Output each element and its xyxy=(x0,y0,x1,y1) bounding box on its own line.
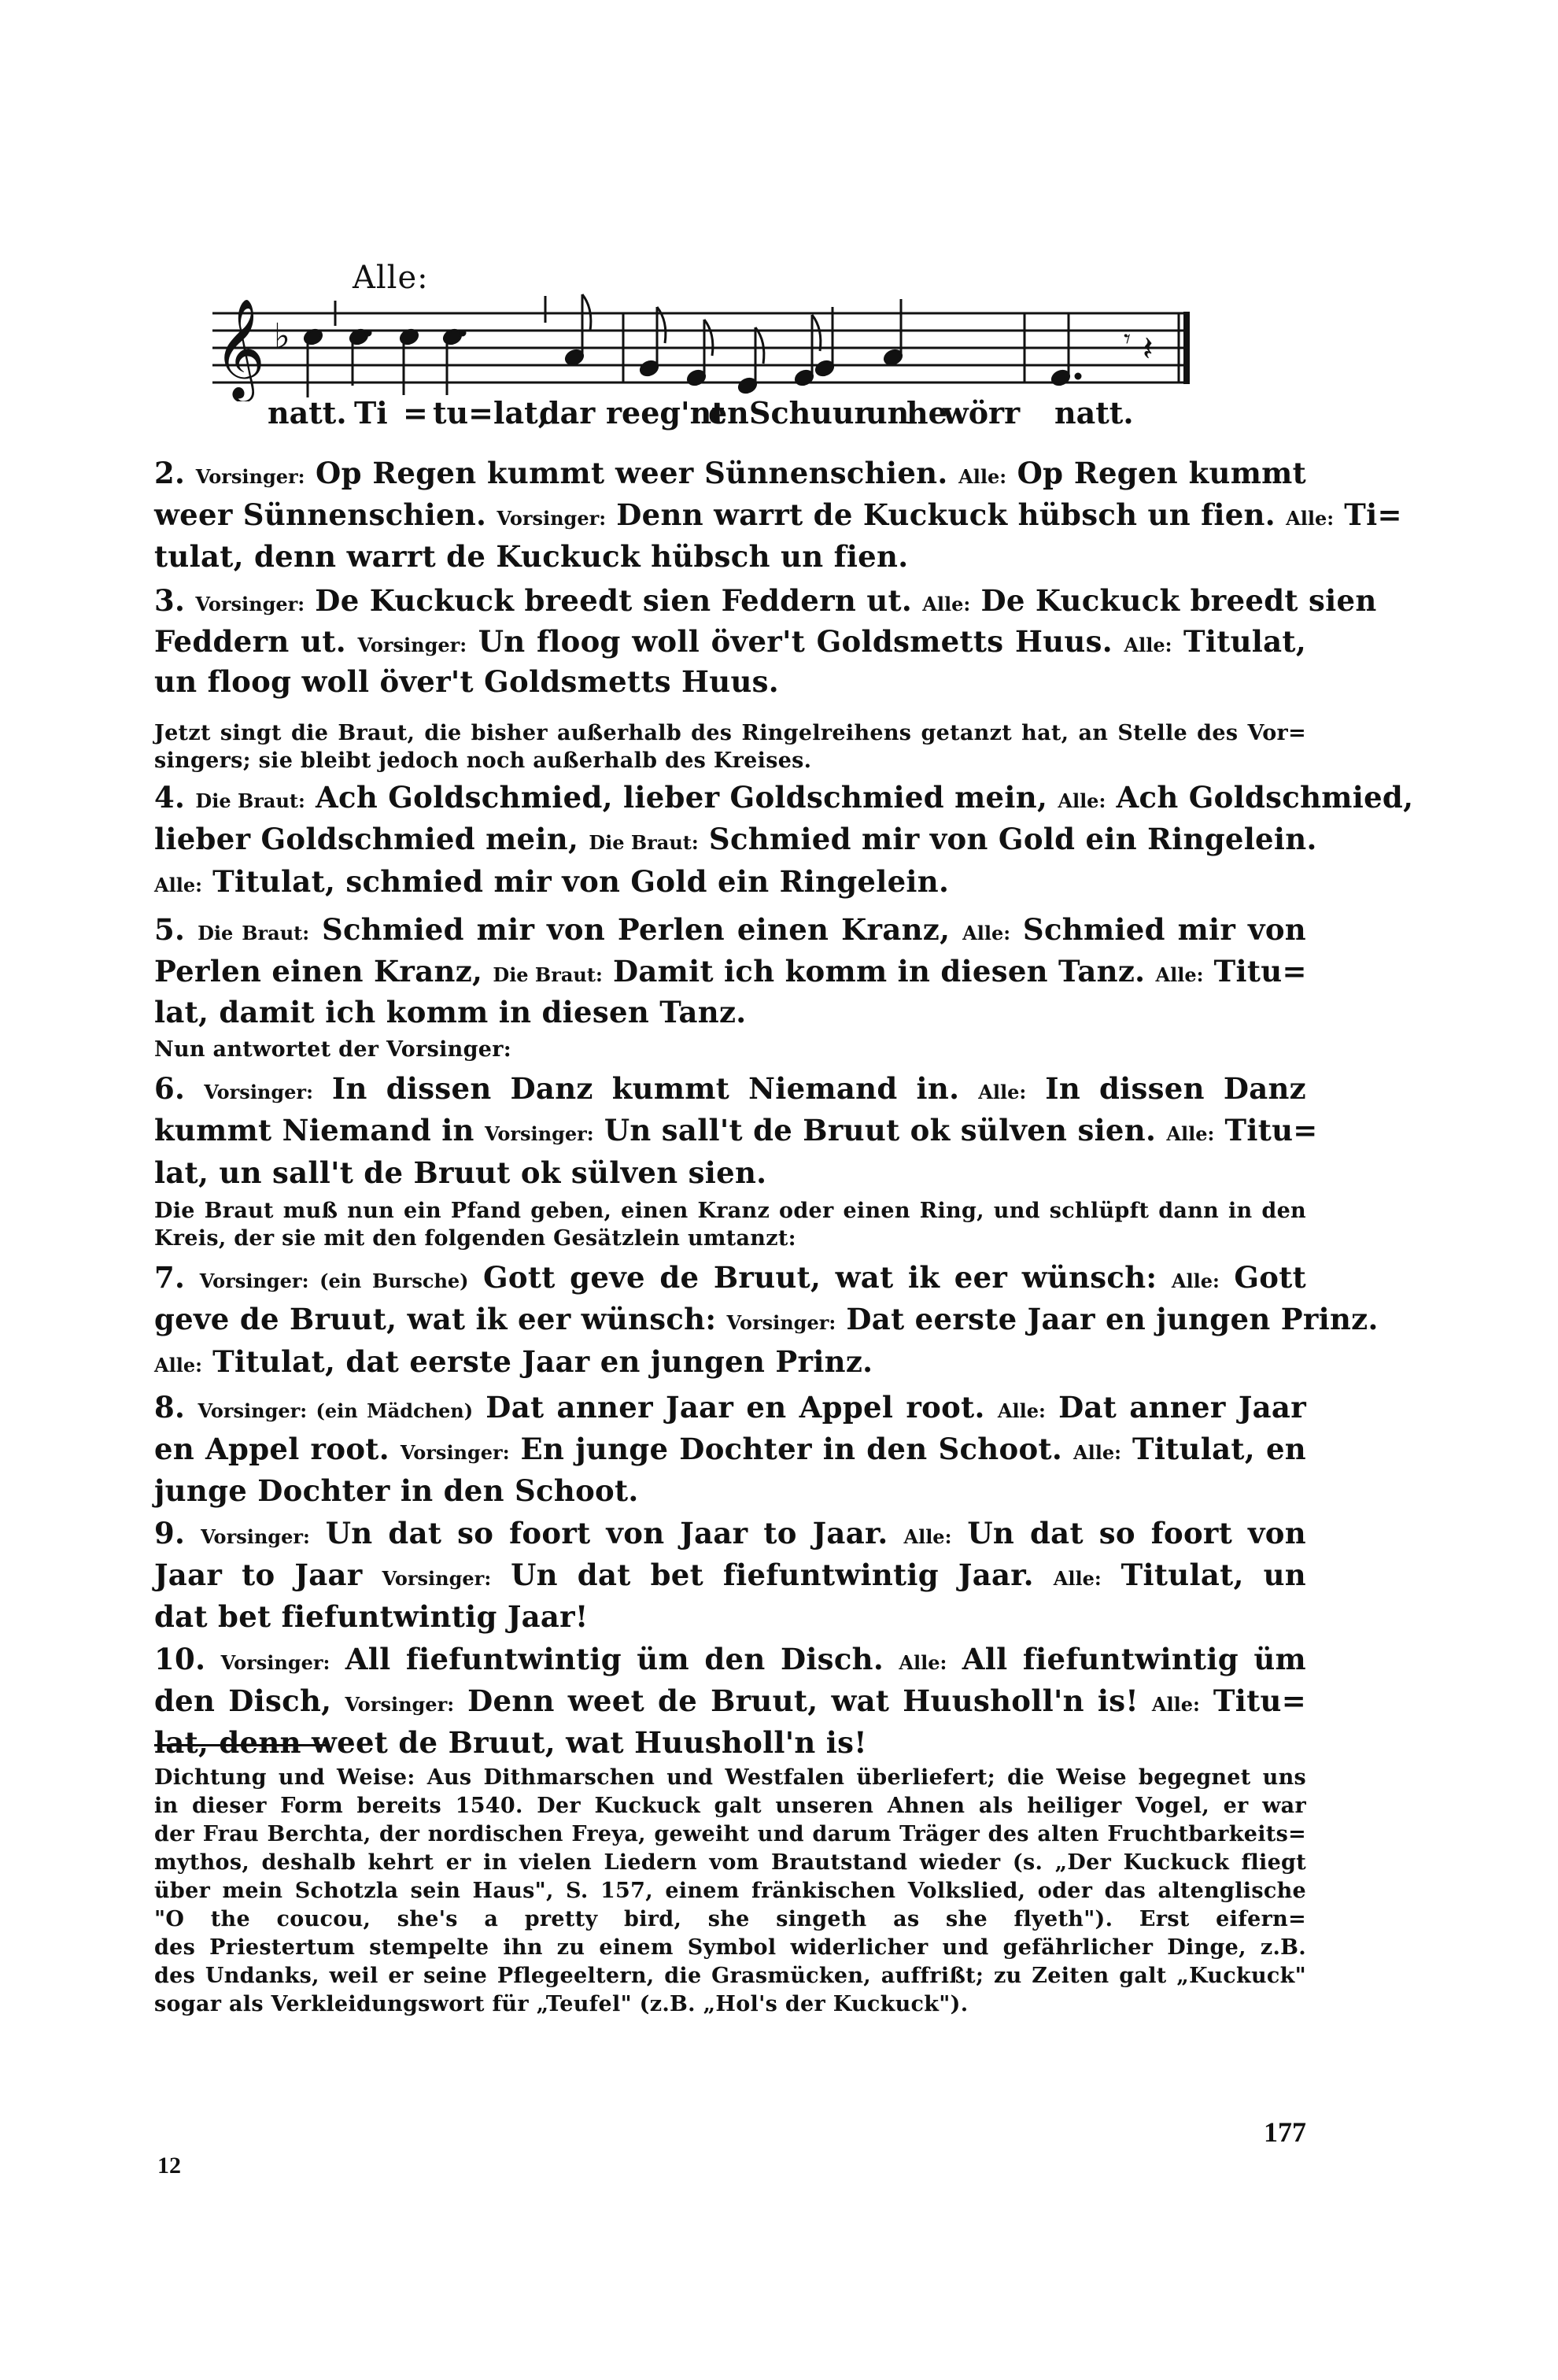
stage-direction: singers; sie bleibt jedoch noch außerhal… xyxy=(154,750,811,771)
role-label: Vorsinger: xyxy=(196,465,305,488)
verse-text: De Kuckuck breedt sien Feddern ut. xyxy=(305,583,922,618)
verse-6-line-3: lat, un sall't de Bruut ok sülven sien. xyxy=(154,1159,766,1188)
music-staff: 𝄞 ♭ 𝄾 𝄽 Alle: na xyxy=(212,260,1361,449)
role-label: Vorsinger: xyxy=(485,1122,594,1145)
verse-text: lat, damit ich komm in diesen Tanz. xyxy=(154,995,747,1029)
role-label: Vorsinger: xyxy=(221,1651,330,1674)
role-label: Vorsinger: (ein Bursche) xyxy=(200,1269,469,1292)
verse-number: 4. xyxy=(154,780,185,815)
role-label: Vorsinger: xyxy=(401,1441,510,1464)
verse-4-line-1: 4. Die Braut: Ach Goldschmied, lieber Go… xyxy=(154,783,1306,812)
verse-5-line-2: Perlen einen Kranz, Die Braut: Damit ich… xyxy=(154,957,1306,986)
verse-text: Denn weet de Bruut, wat Huusholl'n is! xyxy=(454,1683,1152,1718)
verse-8-line-1: 8. Vorsinger: (ein Mädchen) Dat anner Ja… xyxy=(154,1393,1306,1422)
verse-7-line-2: geve de Bruut, wat ik eer wünsch: Vorsin… xyxy=(154,1305,1306,1334)
verse-3-line-3: un floog woll över't Goldsmetts Huus. xyxy=(154,667,779,697)
footnote-line: in dieser Form bereits 1540. Der Kuckuck… xyxy=(154,1795,1306,1816)
treble-clef-icon: 𝄞 xyxy=(214,297,265,401)
verse-5-line-3: lat, damit ich komm in diesen Tanz. xyxy=(154,998,747,1027)
verse-7-line-1: 7. Vorsinger: (ein Bursche) Gott geve de… xyxy=(154,1263,1306,1292)
verse-text: Dat anner Jaar xyxy=(1046,1390,1306,1425)
verse-3-line-2: Feddern ut. Vorsinger: Un floog woll öve… xyxy=(154,627,1306,656)
role-label: Alle: xyxy=(1166,1122,1214,1145)
verse-text: In dissen Danz kummt Niemand in. xyxy=(313,1071,978,1106)
verse-text: Schmied mir von Perlen einen Kranz, xyxy=(309,912,962,947)
verse-text: All fiefuntwintig üm xyxy=(947,1642,1306,1676)
lyric-syllable: natt. xyxy=(1054,395,1134,431)
role-label: Alle: xyxy=(962,922,1010,944)
verse-text: In dissen Danz xyxy=(1026,1071,1306,1106)
verse-number: 10. xyxy=(154,1642,205,1676)
stage-direction: Jetzt singt die Braut, die bisher außerh… xyxy=(154,722,1306,744)
lyric-syllable: Ti = xyxy=(354,395,428,431)
verse-text: Titu= xyxy=(1203,954,1306,989)
role-label: Alle: xyxy=(1286,507,1334,530)
verse-number: 6. xyxy=(154,1071,185,1106)
verse-text: Titulat, schmied mir von Gold ein Ringel… xyxy=(202,864,949,899)
verse-text: lieber Goldschmied mein, xyxy=(154,822,589,856)
verse-number: 5. xyxy=(154,912,185,947)
lyric-syllable: un xyxy=(866,395,909,431)
verse-text: den Disch, xyxy=(154,1683,345,1718)
verse-text: Un floog woll över't Goldsmetts Huus. xyxy=(467,624,1124,659)
verse-text: Ach Goldschmied, lieber Goldschmied mein… xyxy=(305,780,1058,815)
footnote-line: "O the coucou, she's a pretty bird, she … xyxy=(154,1909,1306,1930)
role-label: Alle: xyxy=(1054,1567,1102,1590)
stage-direction: Die Braut muß nun ein Pfand geben, einen… xyxy=(154,1200,1306,1221)
role-label: Vorsinger: (ein Mädchen) xyxy=(198,1399,473,1422)
role-label: Die Braut: xyxy=(493,963,602,986)
verse-number: 3. xyxy=(154,583,185,618)
lyric-syllable: wörr xyxy=(943,395,1020,431)
role-label: Vorsinger: xyxy=(357,634,467,656)
footnote-line: Dichtung und Weise: Aus Dithmarschen und… xyxy=(154,1767,1306,1788)
verse-10-line-1: 10. Vorsinger: All fiefuntwintig üm den … xyxy=(154,1645,1306,1674)
role-label: Die Braut: xyxy=(198,922,309,944)
verse-text: Un sall't de Bruut ok sülven sien. xyxy=(594,1113,1167,1147)
role-label: Alle: xyxy=(978,1081,1026,1103)
lyric-syllable: dar xyxy=(539,395,595,431)
verse-text: Titulat, dat eerste Jaar en jungen Prinz… xyxy=(202,1344,873,1379)
page-number: 177 xyxy=(1264,2116,1306,2149)
verse-text: Titulat, un xyxy=(1102,1558,1306,1592)
role-label: Alle: xyxy=(154,1354,202,1377)
footnote-line: des Undanks, weil er seine Pflegeeltern,… xyxy=(154,1965,1306,1986)
verse-text: Un dat so foort von xyxy=(951,1516,1306,1550)
verse-text: Denn warrt de Kuckuck hübsch un fien. xyxy=(606,497,1286,532)
verse-text: tulat, denn warrt de Kuckuck hübsch un f… xyxy=(154,539,908,574)
verse-number: 8. xyxy=(154,1390,185,1425)
footnote-line: mythos, deshalb kehrt er in vielen Liede… xyxy=(154,1852,1306,1873)
verse-number: 9. xyxy=(154,1516,185,1550)
role-label: Alle: xyxy=(998,1399,1046,1422)
verse-3-line-1: 3. Vorsinger: De Kuckuck breedt sien Fed… xyxy=(154,586,1306,615)
verse-text: Titu= xyxy=(1200,1683,1306,1718)
verse-8-line-3: junge Dochter in den Schoot. xyxy=(154,1476,639,1506)
verse-text: Dat anner Jaar en Appel root. xyxy=(473,1390,998,1425)
role-label: Alle: xyxy=(1058,789,1106,812)
role-label: Alle: xyxy=(903,1525,951,1548)
verse-text: geve de Bruut, wat ik eer wünsch: xyxy=(154,1302,727,1336)
verse-text: Schmied mir von xyxy=(1010,912,1306,947)
role-label: Die Braut: xyxy=(589,831,698,854)
verse-text: Titulat, en xyxy=(1121,1432,1306,1466)
verse-text: Un dat so foort von Jaar to Jaar. xyxy=(310,1516,904,1550)
lyric-syllable: tu=lat, xyxy=(433,395,548,431)
verse-9-line-1: 9. Vorsinger: Un dat so foort von Jaar t… xyxy=(154,1519,1306,1548)
verse-text: un floog woll över't Goldsmetts Huus. xyxy=(154,664,779,699)
verse-text: Jaar to Jaar xyxy=(154,1558,382,1592)
verse-text: Titulat, xyxy=(1172,624,1306,659)
verse-4-line-2: lieber Goldschmied mein, Die Braut: Schm… xyxy=(154,825,1306,854)
verse-text: Op Regen kummt xyxy=(1006,456,1306,490)
verse-9-line-2: Jaar to Jaar Vorsinger: Un dat bet fiefu… xyxy=(154,1561,1306,1590)
alle-label: Alle: xyxy=(353,260,429,296)
verse-text: Op Regen kummt weer Sünnenschien. xyxy=(305,456,959,490)
role-label: Alle: xyxy=(1152,1693,1200,1716)
verse-2-line-1: 2. Vorsinger: Op Regen kummt weer Sünnen… xyxy=(154,459,1306,488)
verse-text: Gott geve de Bruut, wat ik eer wünsch: xyxy=(469,1260,1172,1295)
verse-5-line-1: 5. Die Braut: Schmied mir von Perlen ein… xyxy=(154,915,1306,944)
verse-10-line-2: den Disch, Vorsinger: Denn weet de Bruut… xyxy=(154,1687,1306,1716)
verse-text: En junge Dochter in den Schoot. xyxy=(510,1432,1073,1466)
stage-direction: Nun antwortet der Vorsinger: xyxy=(154,1039,511,1060)
verse-2-line-3: tulat, denn warrt de Kuckuck hübsch un f… xyxy=(154,542,908,571)
verse-10-line-3: lat, denn weet de Bruut, wat Huusholl'n … xyxy=(154,1728,867,1757)
verse-text: Perlen einen Kranz, xyxy=(154,954,493,989)
lyric-syllable: natt. xyxy=(268,395,347,431)
verse-9-line-3: dat bet fiefuntwintig Jaar! xyxy=(154,1602,589,1632)
stage-direction: Kreis, der sie mit den folgenden Gesätzl… xyxy=(154,1228,796,1249)
verse-text: dat bet fiefuntwintig Jaar! xyxy=(154,1599,589,1634)
role-label: Alle: xyxy=(922,593,970,615)
verse-text: Damit ich komm in diesen Tanz. xyxy=(603,954,1156,989)
lyric-syllable: Schuur xyxy=(749,395,869,431)
verse-text: Dat eerste Jaar en jungen Prinz. xyxy=(836,1302,1378,1336)
footnote-line: des Priestertum stempelte ihn zu einem S… xyxy=(154,1937,1306,1958)
verse-text: junge Dochter in den Schoot. xyxy=(154,1473,639,1508)
verse-text: lat, un sall't de Bruut ok sülven sien. xyxy=(154,1155,766,1190)
eighth-rest-icon: 𝄾 xyxy=(1124,323,1131,355)
verse-text: Un dat bet fiefuntwintig Jaar. xyxy=(491,1558,1054,1592)
verse-7-line-3: Alle: Titulat, dat eerste Jaar en jungen… xyxy=(154,1347,873,1377)
footnote-line: der Frau Berchta, der nordischen Freya, … xyxy=(154,1824,1306,1845)
book-page: 𝄞 ♭ 𝄾 𝄽 Alle: na xyxy=(0,0,1558,2380)
verse-text: Gott xyxy=(1220,1260,1306,1295)
verse-text: lat, denn weet de Bruut, wat Huusholl'n … xyxy=(154,1725,867,1760)
role-label: Die Braut: xyxy=(195,789,305,812)
role-label: Alle: xyxy=(1073,1441,1121,1464)
footnote-line: über mein Schotzla sein Haus", S. 157, e… xyxy=(154,1880,1306,1901)
verse-text: Titu= xyxy=(1214,1113,1317,1147)
verse-6-line-2: kummt Niemand in Vorsinger: Un sall't de… xyxy=(154,1116,1306,1145)
verse-8-line-2: en Appel root. Vorsinger: En junge Docht… xyxy=(154,1435,1306,1464)
verse-text: kummt Niemand in xyxy=(154,1113,485,1147)
signature-mark: 12 xyxy=(157,2153,181,2179)
flat-icon: ♭ xyxy=(274,316,290,357)
footnote-line: sogar als Verkleidungswort für „Teufel" … xyxy=(154,1994,968,2015)
role-label: Alle: xyxy=(1124,634,1172,656)
role-label: Vorsinger: xyxy=(345,1693,454,1716)
lyric-syllable: en xyxy=(708,395,749,431)
role-label: Alle: xyxy=(154,874,202,896)
verse-number: 7. xyxy=(154,1260,185,1295)
role-label: Vorsinger: xyxy=(201,1525,310,1548)
verse-2-line-2: weer Sünnenschien. Vorsinger: Denn warrt… xyxy=(154,501,1306,530)
role-label: Alle: xyxy=(899,1651,947,1674)
role-label: Alle: xyxy=(1156,963,1204,986)
role-label: Vorsinger: xyxy=(204,1081,313,1103)
role-label: Vorsinger: xyxy=(195,593,305,615)
verse-text: Ach Goldschmied, xyxy=(1106,780,1413,815)
lyric-syllable: reeg'nt xyxy=(606,395,725,431)
role-label: Vorsinger: xyxy=(727,1311,836,1334)
verse-text: weer Sünnenschien. xyxy=(154,497,497,532)
verse-text: Ti= xyxy=(1334,497,1402,532)
verse-text: en Appel root. xyxy=(154,1432,401,1466)
verse-number: 2. xyxy=(154,456,185,490)
role-label: Vorsinger: xyxy=(382,1567,491,1590)
verse-6-line-1: 6. Vorsinger: In dissen Danz kummt Niema… xyxy=(154,1074,1306,1103)
quarter-rest-icon: 𝄽 xyxy=(1143,329,1153,369)
verse-text: De Kuckuck breedt sien xyxy=(970,583,1376,618)
lyric-syllable: he xyxy=(906,395,947,431)
role-label: Alle: xyxy=(958,465,1006,488)
verse-text: Feddern ut. xyxy=(154,624,357,659)
verse-4-line-3: Alle: Titulat, schmied mir von Gold ein … xyxy=(154,867,949,896)
section-divider xyxy=(154,1744,326,1746)
role-label: Alle: xyxy=(1172,1269,1220,1292)
role-label: Vorsinger: xyxy=(497,507,606,530)
verse-text: Schmied mir von Gold ein Ringelein. xyxy=(699,822,1317,856)
verse-text: All fiefuntwintig üm den Disch. xyxy=(330,1642,899,1676)
